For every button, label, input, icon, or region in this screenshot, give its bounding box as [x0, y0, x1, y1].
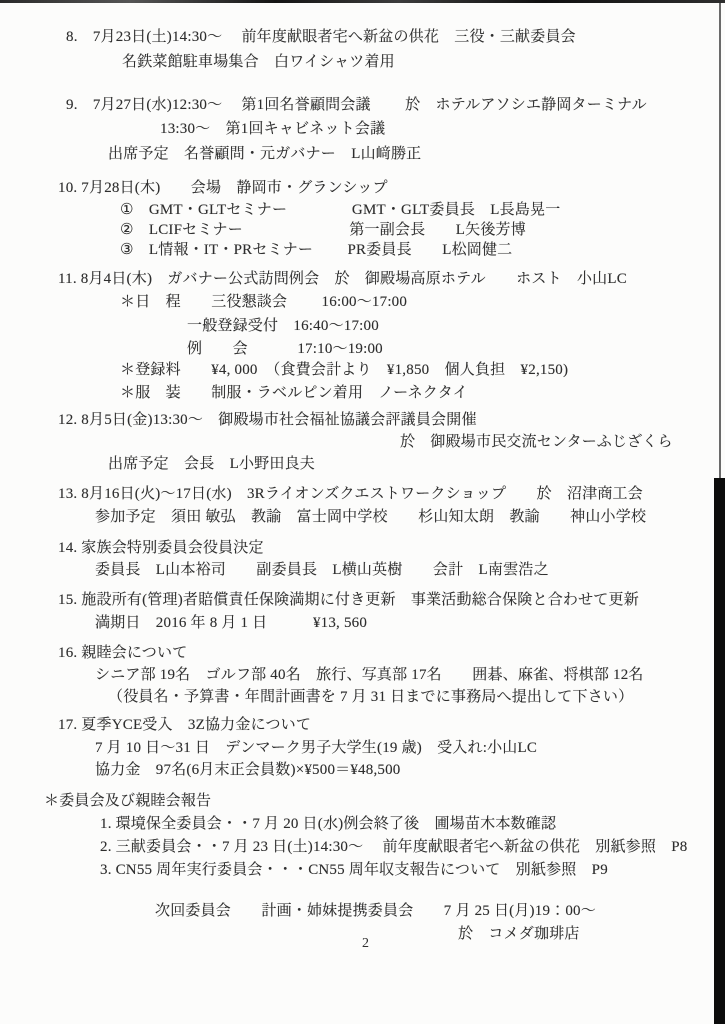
item12-venue: 於 御殿場市民交流センターふじざくら [400, 433, 673, 452]
item10-seminar2: ② LCIFセミナー 第一副会長 L矢後芳博 [120, 221, 526, 240]
reports-heading: ＊委員会及び親睦会報告 [44, 792, 211, 811]
item12-attendee: 出席予定 会長 L小野田良夫 [108, 455, 315, 474]
item10-seminar1: ① GMT・GLTセミナー GMT・GLT委員長 L長島晃一 [120, 201, 560, 220]
report-line1: 1. 環境保全委員会・・7 月 20 日(水)例会終了後 圃場苗木本数確認 [100, 815, 556, 834]
item11-schedule1: ＊日 程 三役懇談会 16:00～17:00 [120, 293, 407, 312]
item10-seminar3: ③ L情報・IT・PRセミナー PR委員長 L松岡健二 [120, 241, 512, 260]
item13-line1: 13. 8月16日(火)～17日(水) 3Rライオンズクエストワークショップ 於… [58, 485, 643, 504]
item15-expiry: 満期日 2016 年 8 月 1 日 ¥13, 560 [95, 614, 367, 633]
item10-line1: 10. 7月28日(木) 会場 静岡市・グランシップ [58, 179, 388, 198]
item11-schedule2: 一般登録受付 16:40～17:00 [187, 317, 379, 336]
report-line2: 2. 三献委員会・・7 月 23 日(土)14:30～ 前年度献眼者宅へ新盆の供… [100, 838, 688, 857]
next-meeting-venue: 於 コメダ珈琲店 [458, 925, 580, 944]
item16-line1: 16. 親睦会について [58, 644, 187, 663]
item11-dresscode: ＊服 装 制服・ラベルピン着用 ノーネクタイ [120, 384, 468, 403]
scan-edge-top-artifact [0, 0, 725, 3]
item8-line2: 名鉄菜館駐車場集合 白ワイシャツ着用 [122, 53, 395, 72]
scan-edge-right-thick-artifact [714, 478, 725, 1024]
scanned-document-page: 8. 7月23日(土)14:30～ 前年度献眼者宅へ新盆の供花 三役・三献委員会… [0, 0, 725, 1024]
next-meeting-line: 次回委員会 計画・姉妹提携委員会 7 月 25 日(月)19：00～ [155, 902, 596, 921]
item9-line3: 出席予定 名誉顧問・元ガバナー L山﨑勝正 [108, 145, 421, 164]
item14-line1: 14. 家族会特別委員会役員決定 [58, 539, 264, 558]
item17-line1: 17. 夏季YCE受入 3Z協力金について [58, 716, 311, 735]
item14-officers: 委員長 L山本裕司 副委員長 L横山英樹 会計 L南雲浩之 [95, 561, 549, 580]
item11-fee: ＊登録料 ¥4, 000 （食費会計より ¥1,850 個人負担 ¥2,150) [120, 361, 568, 380]
page-number: 2 [362, 936, 369, 952]
item11-schedule3: 例 会 17:10～19:00 [187, 340, 383, 359]
item8-line1: 8. 7月23日(土)14:30～ 前年度献眼者宅へ新盆の供花 三役・三献委員会 [66, 28, 576, 47]
item17-period: 7 月 10 日～31 日 デンマーク男子大学生(19 歳) 受入れ:小山LC [95, 739, 537, 758]
item12-line1: 12. 8月5日(金)13:30～ 御殿場市社会福祉協議会評議員会開催 [58, 411, 477, 430]
scan-edge-right-thin-artifact [719, 3, 721, 478]
item11-line1: 11. 8月4日(木) ガバナー公式訪問例会 於 御殿場高原ホテル ホスト 小山… [58, 270, 627, 289]
item9-line2: 13:30～ 第1回キャビネット会議 [160, 120, 385, 139]
item16-note: （役員名・予算書・年間計画書を 7 月 31 日までに事務局へ提出して下さい） [108, 688, 633, 707]
item16-clubs: シニア部 19名 ゴルフ部 40名 旅行、写真部 17名 囲碁、麻雀、将棋部 1… [95, 666, 644, 685]
report-line3: 3. CN55 周年実行委員会・・・CN55 周年収支報告について 別紙参照 P… [100, 861, 608, 880]
item9-line1: 9. 7月27日(水)12:30～ 第1回名誉顧問会議 於 ホテルアソシエ静岡タ… [66, 96, 647, 115]
item17-contribution: 協力金 97名(6月末正会員数)×¥500＝¥48,500 [95, 761, 401, 780]
item15-line1: 15. 施設所有(管理)者賠償責任保険満期に付き更新 事業活動総合保険と合わせて… [58, 591, 639, 610]
item13-participants: 参加予定 須田 敏弘 教諭 富士岡中学校 杉山知太朗 教諭 神山小学校 [95, 508, 646, 527]
